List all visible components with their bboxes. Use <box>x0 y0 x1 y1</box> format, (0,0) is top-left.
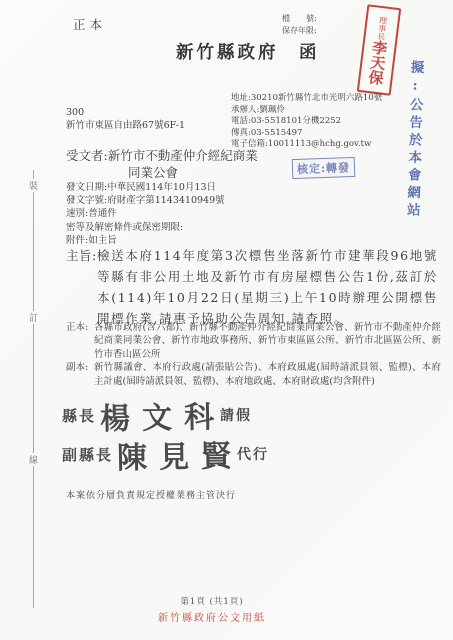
file-number-block: 檔 號: 保存年限: <box>282 13 317 37</box>
distribution-block: 正本: 各縣市政府(含六都)、新竹縣不動產仲介經紀商業同業公會、新竹市不動產仲介… <box>66 321 441 388</box>
binding-mark-xian: 線 <box>26 453 41 466</box>
original-recipients-label: 正本: <box>66 321 94 361</box>
sender-contact-person: 承辦人:劉珮伶 <box>231 105 382 117</box>
document-title: 新竹縣政府 函 <box>176 39 320 64</box>
retention-period-label: 保存年限: <box>282 25 317 37</box>
issue-date: 發文日期:中華民國114年10月13日 <box>66 181 225 194</box>
sender-address: 地址:30210新竹縣竹北市光明六路10號 <box>231 93 382 105</box>
sender-info-block: 地址:30210新竹縣竹北市光明六路10號 承辦人:劉珮伶 電話:03-5518… <box>231 93 382 151</box>
official-paper-footer: 新竹縣政府公文用紙 <box>0 609 424 624</box>
approval-blue-stamp: 核定:轉發 <box>292 157 356 179</box>
handwritten-blue-note: 擬:公告於本會網站 <box>400 60 425 270</box>
binding-mark-ding: 訂 <box>26 311 41 324</box>
official-letter-page: 正本 檔 號: 保存年限: 新竹縣政府 函 理事長李天保 擬:公告於本會網站 地… <box>0 0 453 640</box>
priority-level: 速別:普通件 <box>66 207 225 220</box>
document-number: 發文字號:府財產字第1143410949號 <box>66 194 225 207</box>
original-recipients-text: 各縣市政府(含六都)、新竹縣不動產仲介經紀商業同業公會、新竹市不動產仲介經紀商業… <box>94 321 441 361</box>
recipient-line2: 同業公會 <box>128 164 258 181</box>
deputy-magistrate-title: 副縣長 <box>62 444 113 465</box>
binding-mark-zhuang: 裝 <box>26 179 41 192</box>
magistrate-title: 縣長 <box>62 405 96 426</box>
sender-fax: 傳真:03-5515497 <box>231 128 382 140</box>
original-recipients-row: 正本: 各縣市政府(含六都)、新竹縣不動產仲介經紀商業同業公會、新竹市不動產仲介… <box>66 321 441 361</box>
copy-recipients-text: 新竹縣議會、本府行政處(請張貼公告)、本府政風處(屆時請派員領、監標)、本府主計… <box>94 361 441 388</box>
chairman-stamp-title: 理事長 <box>376 15 388 40</box>
page-number-footer: 第1頁 (共1頁) <box>0 595 424 607</box>
deputy-magistrate-signature-row: 副縣長 陳見賢 代行 <box>62 432 269 476</box>
copy-recipients-label: 副本: <box>66 361 94 388</box>
chairman-stamp-text: 理事長李天保 <box>362 14 396 86</box>
recipient-block: 受文者:新竹市不動產仲介經紀商業 同業公會 <box>66 147 258 181</box>
delegation-note: 本案依分層負責規定授權業務主管決行 <box>66 488 236 501</box>
deputy-magistrate-name-signature: 陳見賢 <box>117 431 244 477</box>
binding-margin-line <box>33 170 34 608</box>
subject-text: 檢送本府114年度第3次標售坐落新竹市建華段96地號等縣有非公用土地及新竹市有房… <box>97 245 438 329</box>
copy-type-label: 正本 <box>73 15 106 33</box>
subject-block: 主旨: 檢送本府114年度第3次標售坐落新竹市建華段96地號等縣有非公用土地及新… <box>66 245 438 329</box>
recipient-street-address: 新竹市東區自由路67號6F-1 <box>66 119 185 132</box>
recipient-line1: 受文者:新竹市不動產仲介經紀商業 <box>66 147 258 164</box>
subject-label: 主旨: <box>66 245 97 329</box>
recipient-postal-code: 300 <box>66 106 185 119</box>
sender-phone: 電話:03-5518101分機2252 <box>231 116 382 128</box>
security-classification: 密等及解密條件或保密期限: <box>66 221 225 234</box>
chairman-red-stamp: 理事長李天保 <box>357 4 401 95</box>
recipient-mailing-block: 300 新竹市東區自由路67號6F-1 <box>66 106 185 132</box>
chairman-stamp-name: 李天保 <box>366 38 389 85</box>
file-number-label: 檔 號: <box>282 13 317 25</box>
document-meta-block: 發文日期:中華民國114年10月13日 發文字號:府財產字第1143410949… <box>66 181 225 247</box>
copy-recipients-row: 副本: 新竹縣議會、本府行政處(請張貼公告)、本府政風處(屆時請派員領、監標)、… <box>66 361 441 388</box>
